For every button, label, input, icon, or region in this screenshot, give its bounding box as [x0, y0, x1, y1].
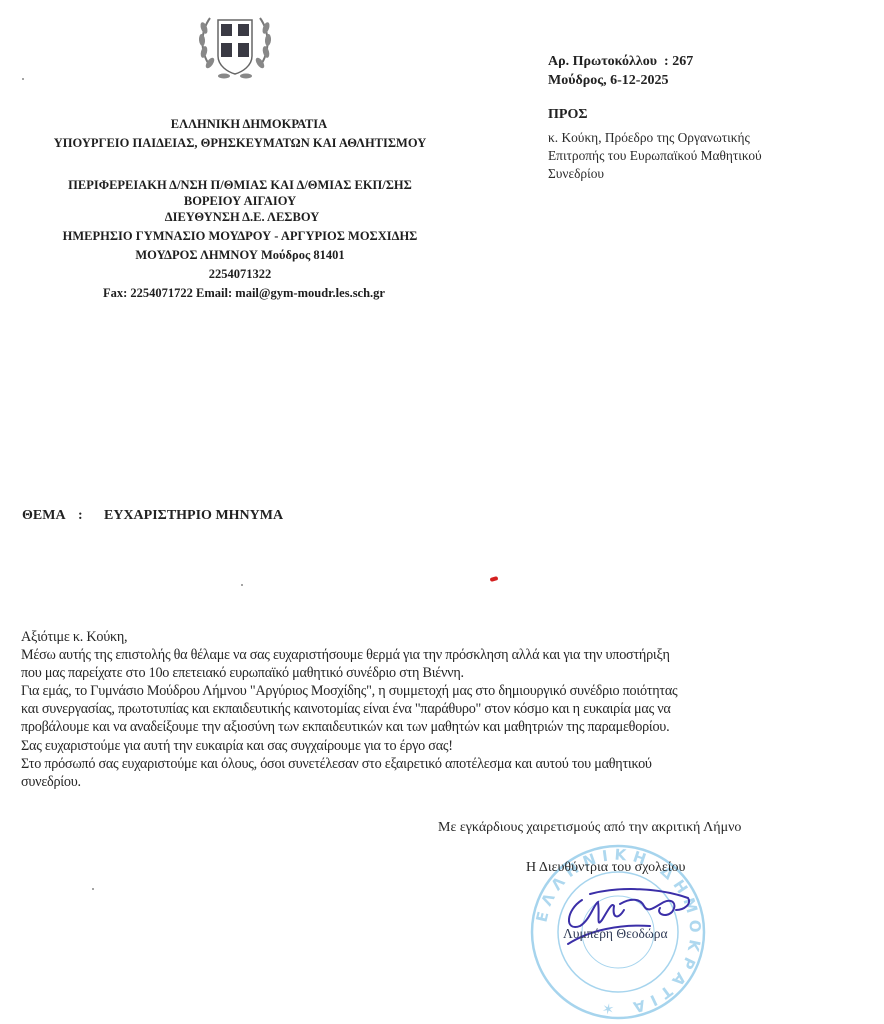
greek-coat-of-arms-icon: [196, 6, 274, 86]
to-label: ΠΡΟΣ: [548, 105, 878, 125]
place-date: Μούδρος, 6-12-2025: [548, 71, 878, 90]
letterhead-country: ΕΛΛΗΝΙΚΗ ΔΗΜΟΚΡΑΤΙΑ: [0, 115, 480, 134]
recipient-line: κ. Κούκη, Πρόεδρο της Οργανωτικής: [548, 129, 878, 147]
letterhead: ΕΛΛΗΝΙΚΗ ΔΗΜΟΚΡΑΤΙΑ ΥΠΟΥΡΓΕΙΟ ΠΑΙΔΕΙΑΣ, …: [0, 115, 480, 153]
letterhead-directorate: ΔΙΕΥΘΥΝΣΗ Δ.Ε. ΛΕΣΒΟΥ: [0, 208, 480, 227]
scan-speck: [22, 78, 24, 80]
closing-line: Με εγκάρδιους χαιρετισμούς από την ακριτ…: [438, 820, 741, 836]
letter-meta: Αρ. Πρωτοκόλλου : 267 Μούδρος, 6-12-2025…: [548, 52, 878, 183]
body-line: Στο πρόσωπό σας ευχαριστούμε και όλους, …: [21, 755, 881, 773]
protocol-number: Αρ. Πρωτοκόλλου : 267: [548, 52, 878, 71]
letterhead-region: ΒΟΡΕΙΟΥ ΑΙΓΑΙΟΥ: [0, 194, 480, 208]
recipient-line: Επιτροπής του Ευρωπαϊκού Μαθητικού: [548, 147, 878, 165]
letterhead-fax-email: Fax: 2254071722 Email: mail@gym-moudr.le…: [0, 284, 480, 303]
subject-text: ΕΥΧΑΡΙΣΤΗΡΙΟ ΜΗΝΥΜΑ: [104, 508, 283, 523]
letterhead-school: ΗΜΕΡΗΣΙΟ ΓΥΜΝΑΣΙΟ ΜΟΥΔΡΟΥ - ΑΡΓΥΡΙΟΣ ΜΟΣ…: [0, 227, 480, 246]
body-line: συνεδρίου.: [21, 773, 881, 791]
recipient: κ. Κούκη, Πρόεδρο της Οργανωτικής Επιτρο…: [548, 129, 878, 183]
subject-label: ΘΕΜΑ: [22, 508, 78, 524]
subject-colon: :: [78, 508, 104, 524]
body-line: προβάλουμε και να αναδείξουμε την αξιοσύ…: [21, 718, 881, 736]
body-line: Μέσω αυτής της επιστολής θα θέλαμε να σα…: [21, 646, 881, 664]
letterhead-lower: ΠΕΡΙΦΕΡΕΙΑΚΗ Δ/ΝΣΗ Π/ΘΜΙΑΣ ΚΑΙ Δ/ΘΜΙΑΣ Ε…: [0, 176, 480, 303]
letter-body: Αξιότιμε κ. Κούκη, Μέσω αυτής της επιστο…: [21, 628, 881, 791]
body-line: που μας παρείχατε στο 10ο επετειακό ευρω…: [21, 664, 881, 682]
body-line: Για εμάς, το Γυμνάσιο Μούδρου Λήμνου "Αρ…: [21, 682, 881, 700]
letterhead-ministry: ΥΠΟΥΡΓΕΙΟ ΠΑΙΔΕΙΑΣ, ΘΡΗΣΚΕΥΜΑΤΩΝ ΚΑΙ ΑΘΛ…: [0, 134, 480, 153]
recipient-line: Συνεδρίου: [548, 165, 878, 183]
letterhead-address: ΜΟΥΔΡΟΣ ΛΗΜΝΟΥ Μούδρος 81401: [0, 246, 480, 265]
red-mark: [490, 576, 499, 582]
salutation: Αξιότιμε κ. Κούκη,: [21, 628, 881, 646]
scan-speck: [241, 584, 243, 586]
letterhead-regional-directorate: ΠΕΡΙΦΕΡΕΙΑΚΗ Δ/ΝΣΗ Π/ΘΜΙΑΣ ΚΑΙ Δ/ΘΜΙΑΣ Ε…: [0, 176, 480, 194]
signatory-name: Λυμπέρη Θεοδώρα: [563, 926, 668, 942]
body-line: Σας ευχαριστούμε για αυτή την ευκαιρία κ…: [21, 737, 881, 755]
subject-line: ΘΕΜΑ:ΕΥΧΑΡΙΣΤΗΡΙΟ ΜΗΝΥΜΑ: [22, 508, 283, 524]
letterhead-phone: 2254071322: [0, 265, 480, 284]
body-line: και συνεργασίας, πρωτοτυπίας και εκπαιδε…: [21, 700, 881, 718]
signatory-role: Η Διευθύντρια του σχολείου: [526, 860, 685, 876]
scan-speck: [92, 888, 94, 890]
